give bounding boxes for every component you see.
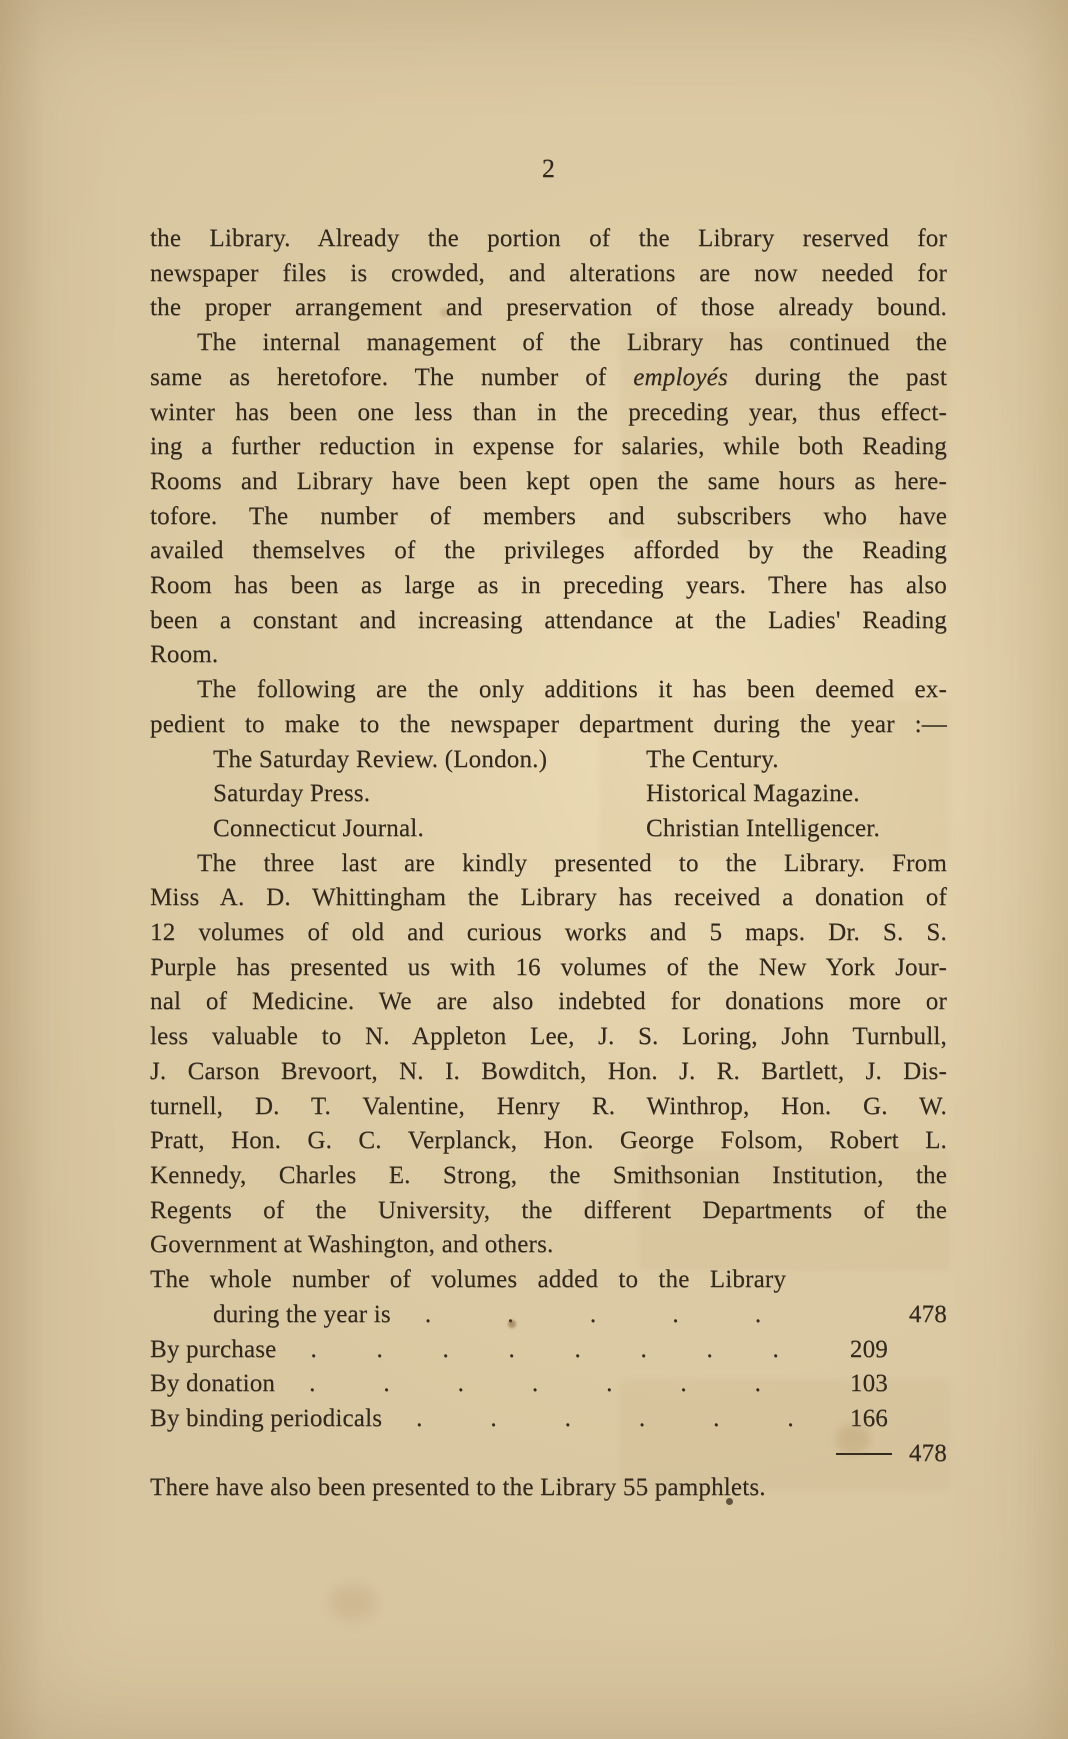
- leader-dots: . . . . . .: [391, 1298, 836, 1333]
- text-line: nal of Medicine. We are also indebted fo…: [150, 985, 947, 1020]
- summary-intro-line: The whole number of volumes added to the…: [150, 1263, 947, 1298]
- newspaper-right-item: The Century.: [646, 743, 947, 778]
- summary-value-inner: 166: [836, 1402, 888, 1437]
- text-line: ing a further reduction in expense for s…: [150, 430, 947, 465]
- newspaper-left-item: The Saturday Review. (London.): [150, 743, 646, 778]
- text-line: The internal management of the Library h…: [150, 326, 947, 361]
- summary-label: during the year is: [150, 1298, 391, 1333]
- newspaper-list-row: Saturday Press. Historical Magazine.: [150, 777, 947, 812]
- text-line: the proper arrangement and preservation …: [150, 291, 947, 326]
- leader-dots: . . . . . . .: [275, 1367, 836, 1402]
- text-line: Miss A. D. Whittingham the Library has r…: [150, 881, 947, 916]
- summary-label: By donation: [150, 1367, 275, 1402]
- summary-row: By binding periodicals . . . . . . 166: [150, 1402, 947, 1437]
- text-line: availed themselves of the privileges aff…: [150, 534, 947, 569]
- summary-row: during the year is . . . . . . 478: [150, 1298, 947, 1333]
- paper-stain: [330, 1585, 376, 1621]
- newspaper-left-item: Saturday Press.: [150, 777, 646, 812]
- newspaper-right-item: Historical Magazine.: [646, 777, 947, 812]
- text-line: been a constant and increasing attendanc…: [150, 604, 947, 639]
- summary-value-outer: 478: [888, 1298, 947, 1333]
- italic-word: employés: [633, 364, 728, 391]
- closing-line: There have also been presented to the Li…: [150, 1471, 947, 1506]
- text-line: tofore. The number of members and subscr…: [150, 500, 947, 535]
- text-segment: same as heretofore. The number of: [150, 364, 633, 391]
- text-line: turnell, D. T. Valentine, Henry R. Winth…: [150, 1090, 947, 1125]
- text-line: The following are the only additions it …: [150, 673, 947, 708]
- summary-label: By purchase: [150, 1333, 276, 1368]
- text-line: Regents of the University, the different…: [150, 1194, 947, 1229]
- text-line: pedient to make to the newspaper departm…: [150, 708, 947, 743]
- summary-label: By binding periodicals: [150, 1402, 382, 1437]
- text-line: the Library. Already the portion of the …: [150, 222, 947, 257]
- leader-dots: . . . . . . . .: [276, 1333, 836, 1368]
- summary-value-inner: 103: [836, 1367, 888, 1402]
- text-line: newspaper files is crowded, and alterati…: [150, 257, 947, 292]
- scanned-book-page: 2 the Library. Already the portion of th…: [0, 0, 1068, 1739]
- summary-total-row: 478: [150, 1437, 947, 1472]
- text-line: winter has been one less than in the pre…: [150, 396, 947, 431]
- text-line: Government at Washington, and others.: [150, 1228, 947, 1263]
- text-line: J. Carson Brevoort, N. I. Bowditch, Hon.…: [150, 1055, 947, 1090]
- text-line: 12 volumes of old and curious works and …: [150, 916, 947, 951]
- text-line: same as heretofore. The number of employ…: [150, 361, 947, 396]
- newspaper-list-row: The Saturday Review. (London.) The Centu…: [150, 743, 947, 778]
- page-number: 2: [150, 152, 947, 186]
- newspaper-right-item: Christian Intelligencer.: [646, 812, 947, 847]
- text-line: Room.: [150, 638, 947, 673]
- text-line: less valuable to N. Appleton Lee, J. S. …: [150, 1020, 947, 1055]
- text-line: Purple has presented us with 16 volumes …: [150, 951, 947, 986]
- newspaper-list-row: Connecticut Journal. Christian Intellige…: [150, 812, 947, 847]
- total-rule-cell: [836, 1437, 888, 1472]
- total-rule: [836, 1453, 892, 1455]
- summary-value-inner: 209: [836, 1333, 888, 1368]
- summary-value-outer: 478: [888, 1437, 947, 1472]
- summary-row: By purchase . . . . . . . . 209: [150, 1333, 947, 1368]
- summary-row: By donation . . . . . . . 103: [150, 1367, 947, 1402]
- leader-dots: . . . . . .: [382, 1402, 836, 1437]
- text-line: Pratt, Hon. G. C. Verplanck, Hon. George…: [150, 1124, 947, 1159]
- newspaper-left-item: Connecticut Journal.: [150, 812, 646, 847]
- text-line: Room has been as large as in preceding y…: [150, 569, 947, 604]
- text-segment: during the past: [728, 364, 947, 391]
- page-text-block: 2 the Library. Already the portion of th…: [150, 152, 947, 1506]
- text-line: Kennedy, Charles E. Strong, the Smithson…: [150, 1159, 947, 1194]
- text-line: Rooms and Library have been kept open th…: [150, 465, 947, 500]
- text-line: The three last are kindly presented to t…: [150, 847, 947, 882]
